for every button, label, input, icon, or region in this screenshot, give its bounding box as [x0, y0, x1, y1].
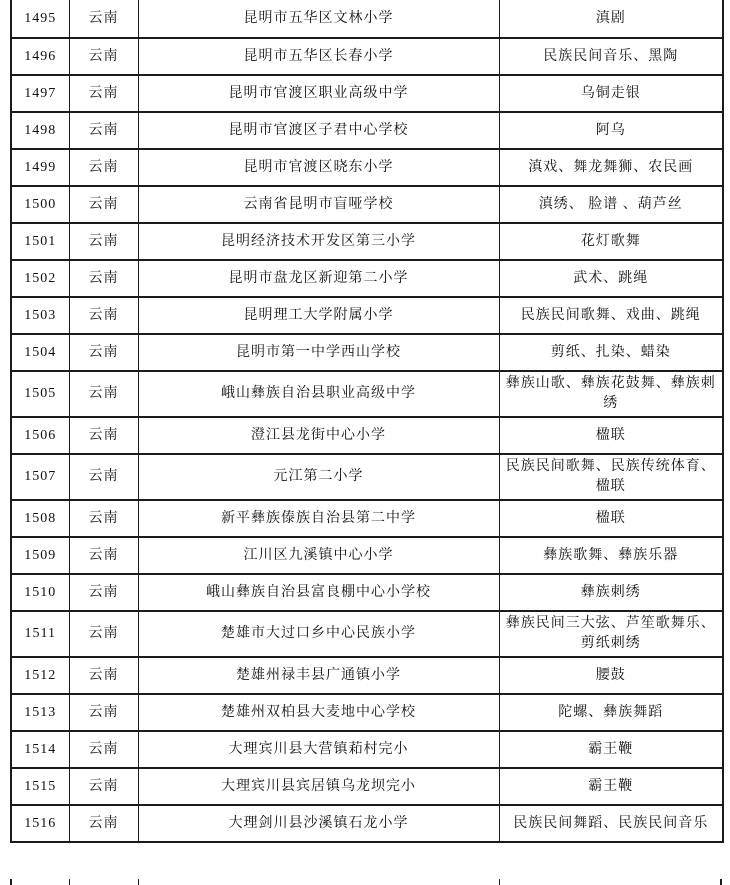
- cell-serial-number: 1509: [11, 537, 69, 574]
- cell-province: 云南: [69, 805, 138, 842]
- cell-school-name: 峨山彝族自治县职业高级中学: [138, 371, 499, 417]
- table-row: 1505云南峨山彝族自治县职业高级中学彝族山歌、彝族花鼓舞、彝族刺绣: [11, 371, 723, 417]
- cell-art-project: 民族民间音乐、黑陶: [499, 38, 723, 75]
- table-row: 1514云南大理宾川县大营镇萂村完小霸王鞭: [11, 731, 723, 768]
- cell-serial-number: 1500: [11, 186, 69, 223]
- table-row: 1499云南昆明市官渡区晓东小学滇戏、舞龙舞狮、农民画: [11, 149, 723, 186]
- cell-serial-number: 1508: [11, 500, 69, 537]
- table-row: 1509云南江川区九溪镇中心小学彝族歌舞、彝族乐器: [11, 537, 723, 574]
- cell-art-project: 滇绣、 脸谱 、葫芦丝: [499, 186, 723, 223]
- cell-serial-number: 1516: [11, 805, 69, 842]
- cell-serial-number: 1512: [11, 657, 69, 694]
- cell-serial-number: 1515: [11, 768, 69, 805]
- cell-school-name: 云南省昆明市盲哑学校: [138, 186, 499, 223]
- table-row: 1501云南昆明经济技术开发区第三小学花灯歌舞: [11, 223, 723, 260]
- table-row: 1506云南澄江县龙街中心小学楹联: [11, 417, 723, 454]
- cell-school-name: 大理宾川县宾居镇乌龙坝完小: [138, 768, 499, 805]
- table-row: 1496云南昆明市五华区长春小学民族民间音乐、黑陶: [11, 38, 723, 75]
- cell-province: 云南: [69, 574, 138, 611]
- cell-province: 云南: [69, 223, 138, 260]
- cell-serial-number: 1501: [11, 223, 69, 260]
- cell-province: 云南: [69, 537, 138, 574]
- cell-school-name: 昆明市官渡区职业高级中学: [138, 75, 499, 112]
- cell-province: 云南: [69, 149, 138, 186]
- cell-school-name: 新平彝族傣族自治县第二中学: [138, 500, 499, 537]
- cell-art-project: 滇剧: [499, 0, 723, 38]
- cell-art-project: 滇戏、舞龙舞狮、农民画: [499, 149, 723, 186]
- cell-serial-number: 1498: [11, 112, 69, 149]
- cell-province: 云南: [69, 417, 138, 454]
- cell-province: 云南: [69, 768, 138, 805]
- table-row: 1497云南昆明市官渡区职业高级中学乌铜走银: [11, 75, 723, 112]
- cell-art-project: 楹联: [499, 417, 723, 454]
- cell-province: 云南: [69, 186, 138, 223]
- table-row: 1498云南昆明市官渡区子君中心学校阿乌: [11, 112, 723, 149]
- cell-school-name: 昆明理工大学附属小学: [138, 297, 499, 334]
- cell-art-project: 阿乌: [499, 112, 723, 149]
- cell-province: 云南: [69, 454, 138, 500]
- grid-line-stub: [138, 879, 139, 885]
- cell-serial-number: 1503: [11, 297, 69, 334]
- grid-line-stub: [10, 879, 12, 885]
- cell-school-name: 昆明市官渡区晓东小学: [138, 149, 499, 186]
- cell-province: 云南: [69, 694, 138, 731]
- cell-school-name: 昆明市五华区长春小学: [138, 38, 499, 75]
- cell-serial-number: 1495: [11, 0, 69, 38]
- cell-serial-number: 1497: [11, 75, 69, 112]
- table-row: 1502云南昆明市盘龙区新迎第二小学武术、跳绳: [11, 260, 723, 297]
- cell-art-project: 楹联: [499, 500, 723, 537]
- cell-province: 云南: [69, 334, 138, 371]
- cell-art-project: 腰鼓: [499, 657, 723, 694]
- cell-school-name: 昆明市盘龙区新迎第二小学: [138, 260, 499, 297]
- cell-province: 云南: [69, 500, 138, 537]
- cell-serial-number: 1505: [11, 371, 69, 417]
- cell-art-project: 花灯歌舞: [499, 223, 723, 260]
- cell-serial-number: 1496: [11, 38, 69, 75]
- table-row: 1515云南大理宾川县宾居镇乌龙坝完小霸王鞭: [11, 768, 723, 805]
- cell-serial-number: 1507: [11, 454, 69, 500]
- cell-school-name: 峨山彝族自治县富良棚中心小学校: [138, 574, 499, 611]
- table-row: 1495云南昆明市五华区文林小学滇剧: [11, 0, 723, 38]
- cell-art-project: 剪纸、扎染、蜡染: [499, 334, 723, 371]
- cell-province: 云南: [69, 371, 138, 417]
- table-row: 1512云南楚雄州禄丰县广通镇小学腰鼓: [11, 657, 723, 694]
- cell-serial-number: 1513: [11, 694, 69, 731]
- cell-art-project: 武术、跳绳: [499, 260, 723, 297]
- cell-province: 云南: [69, 0, 138, 38]
- cell-province: 云南: [69, 297, 138, 334]
- grid-line-stub: [720, 879, 722, 885]
- cell-art-project: 霸王鞭: [499, 768, 723, 805]
- cell-school-name: 大理剑川县沙溪镇石龙小学: [138, 805, 499, 842]
- cell-serial-number: 1510: [11, 574, 69, 611]
- table-row: 1508云南新平彝族傣族自治县第二中学楹联: [11, 500, 723, 537]
- table-body: 1495云南昆明市五华区文林小学滇剧1496云南昆明市五华区长春小学民族民间音乐…: [11, 0, 723, 842]
- cell-art-project: 民族民间歌舞、民族传统体育、楹联: [499, 454, 723, 500]
- cell-art-project: 彝族民间三大弦、芦笙歌舞乐、剪纸刺绣: [499, 611, 723, 657]
- cell-school-name: 楚雄州双柏县大麦地中心学校: [138, 694, 499, 731]
- cell-art-project: 彝族歌舞、彝族乐器: [499, 537, 723, 574]
- cell-school-name: 元江第二小学: [138, 454, 499, 500]
- cell-province: 云南: [69, 75, 138, 112]
- cell-school-name: 楚雄州禄丰县广通镇小学: [138, 657, 499, 694]
- cell-school-name: 楚雄市大过口乡中心民族小学: [138, 611, 499, 657]
- cell-serial-number: 1514: [11, 731, 69, 768]
- table-row: 1500云南云南省昆明市盲哑学校滇绣、 脸谱 、葫芦丝: [11, 186, 723, 223]
- cell-school-name: 昆明市官渡区子君中心学校: [138, 112, 499, 149]
- cell-art-project: 民族民间歌舞、戏曲、跳绳: [499, 297, 723, 334]
- table-row: 1513云南楚雄州双柏县大麦地中心学校陀螺、彝族舞蹈: [11, 694, 723, 731]
- cell-province: 云南: [69, 260, 138, 297]
- table-row: 1504云南昆明市第一中学西山学校剪纸、扎染、蜡染: [11, 334, 723, 371]
- cell-serial-number: 1511: [11, 611, 69, 657]
- cell-art-project: 霸王鞭: [499, 731, 723, 768]
- heritage-schools-table: 1495云南昆明市五华区文林小学滇剧1496云南昆明市五华区长春小学民族民间音乐…: [10, 0, 724, 843]
- cell-school-name: 昆明经济技术开发区第三小学: [138, 223, 499, 260]
- grid-line-stub: [69, 879, 70, 885]
- table-row: 1516云南大理剑川县沙溪镇石龙小学民族民间舞蹈、民族民间音乐: [11, 805, 723, 842]
- table-row: 1510云南峨山彝族自治县富良棚中心小学校彝族刺绣: [11, 574, 723, 611]
- table-row: 1503云南昆明理工大学附属小学民族民间歌舞、戏曲、跳绳: [11, 297, 723, 334]
- cell-art-project: 彝族刺绣: [499, 574, 723, 611]
- cell-serial-number: 1502: [11, 260, 69, 297]
- cell-serial-number: 1504: [11, 334, 69, 371]
- cell-province: 云南: [69, 731, 138, 768]
- cell-school-name: 江川区九溪镇中心小学: [138, 537, 499, 574]
- cell-art-project: 乌铜走银: [499, 75, 723, 112]
- table-row: 1511云南楚雄市大过口乡中心民族小学彝族民间三大弦、芦笙歌舞乐、剪纸刺绣: [11, 611, 723, 657]
- cell-school-name: 澄江县龙街中心小学: [138, 417, 499, 454]
- cell-serial-number: 1506: [11, 417, 69, 454]
- cell-province: 云南: [69, 611, 138, 657]
- cell-art-project: 彝族山歌、彝族花鼓舞、彝族刺绣: [499, 371, 723, 417]
- cell-school-name: 昆明市第一中学西山学校: [138, 334, 499, 371]
- grid-line-stub: [499, 879, 500, 885]
- cell-province: 云南: [69, 38, 138, 75]
- cell-serial-number: 1499: [11, 149, 69, 186]
- cell-art-project: 陀螺、彝族舞蹈: [499, 694, 723, 731]
- document-page: 1495云南昆明市五华区文林小学滇剧1496云南昆明市五华区长春小学民族民间音乐…: [0, 0, 730, 885]
- cell-school-name: 昆明市五华区文林小学: [138, 0, 499, 38]
- cell-province: 云南: [69, 657, 138, 694]
- cell-school-name: 大理宾川县大营镇萂村完小: [138, 731, 499, 768]
- table-row: 1507云南元江第二小学民族民间歌舞、民族传统体育、楹联: [11, 454, 723, 500]
- cell-art-project: 民族民间舞蹈、民族民间音乐: [499, 805, 723, 842]
- cell-province: 云南: [69, 112, 138, 149]
